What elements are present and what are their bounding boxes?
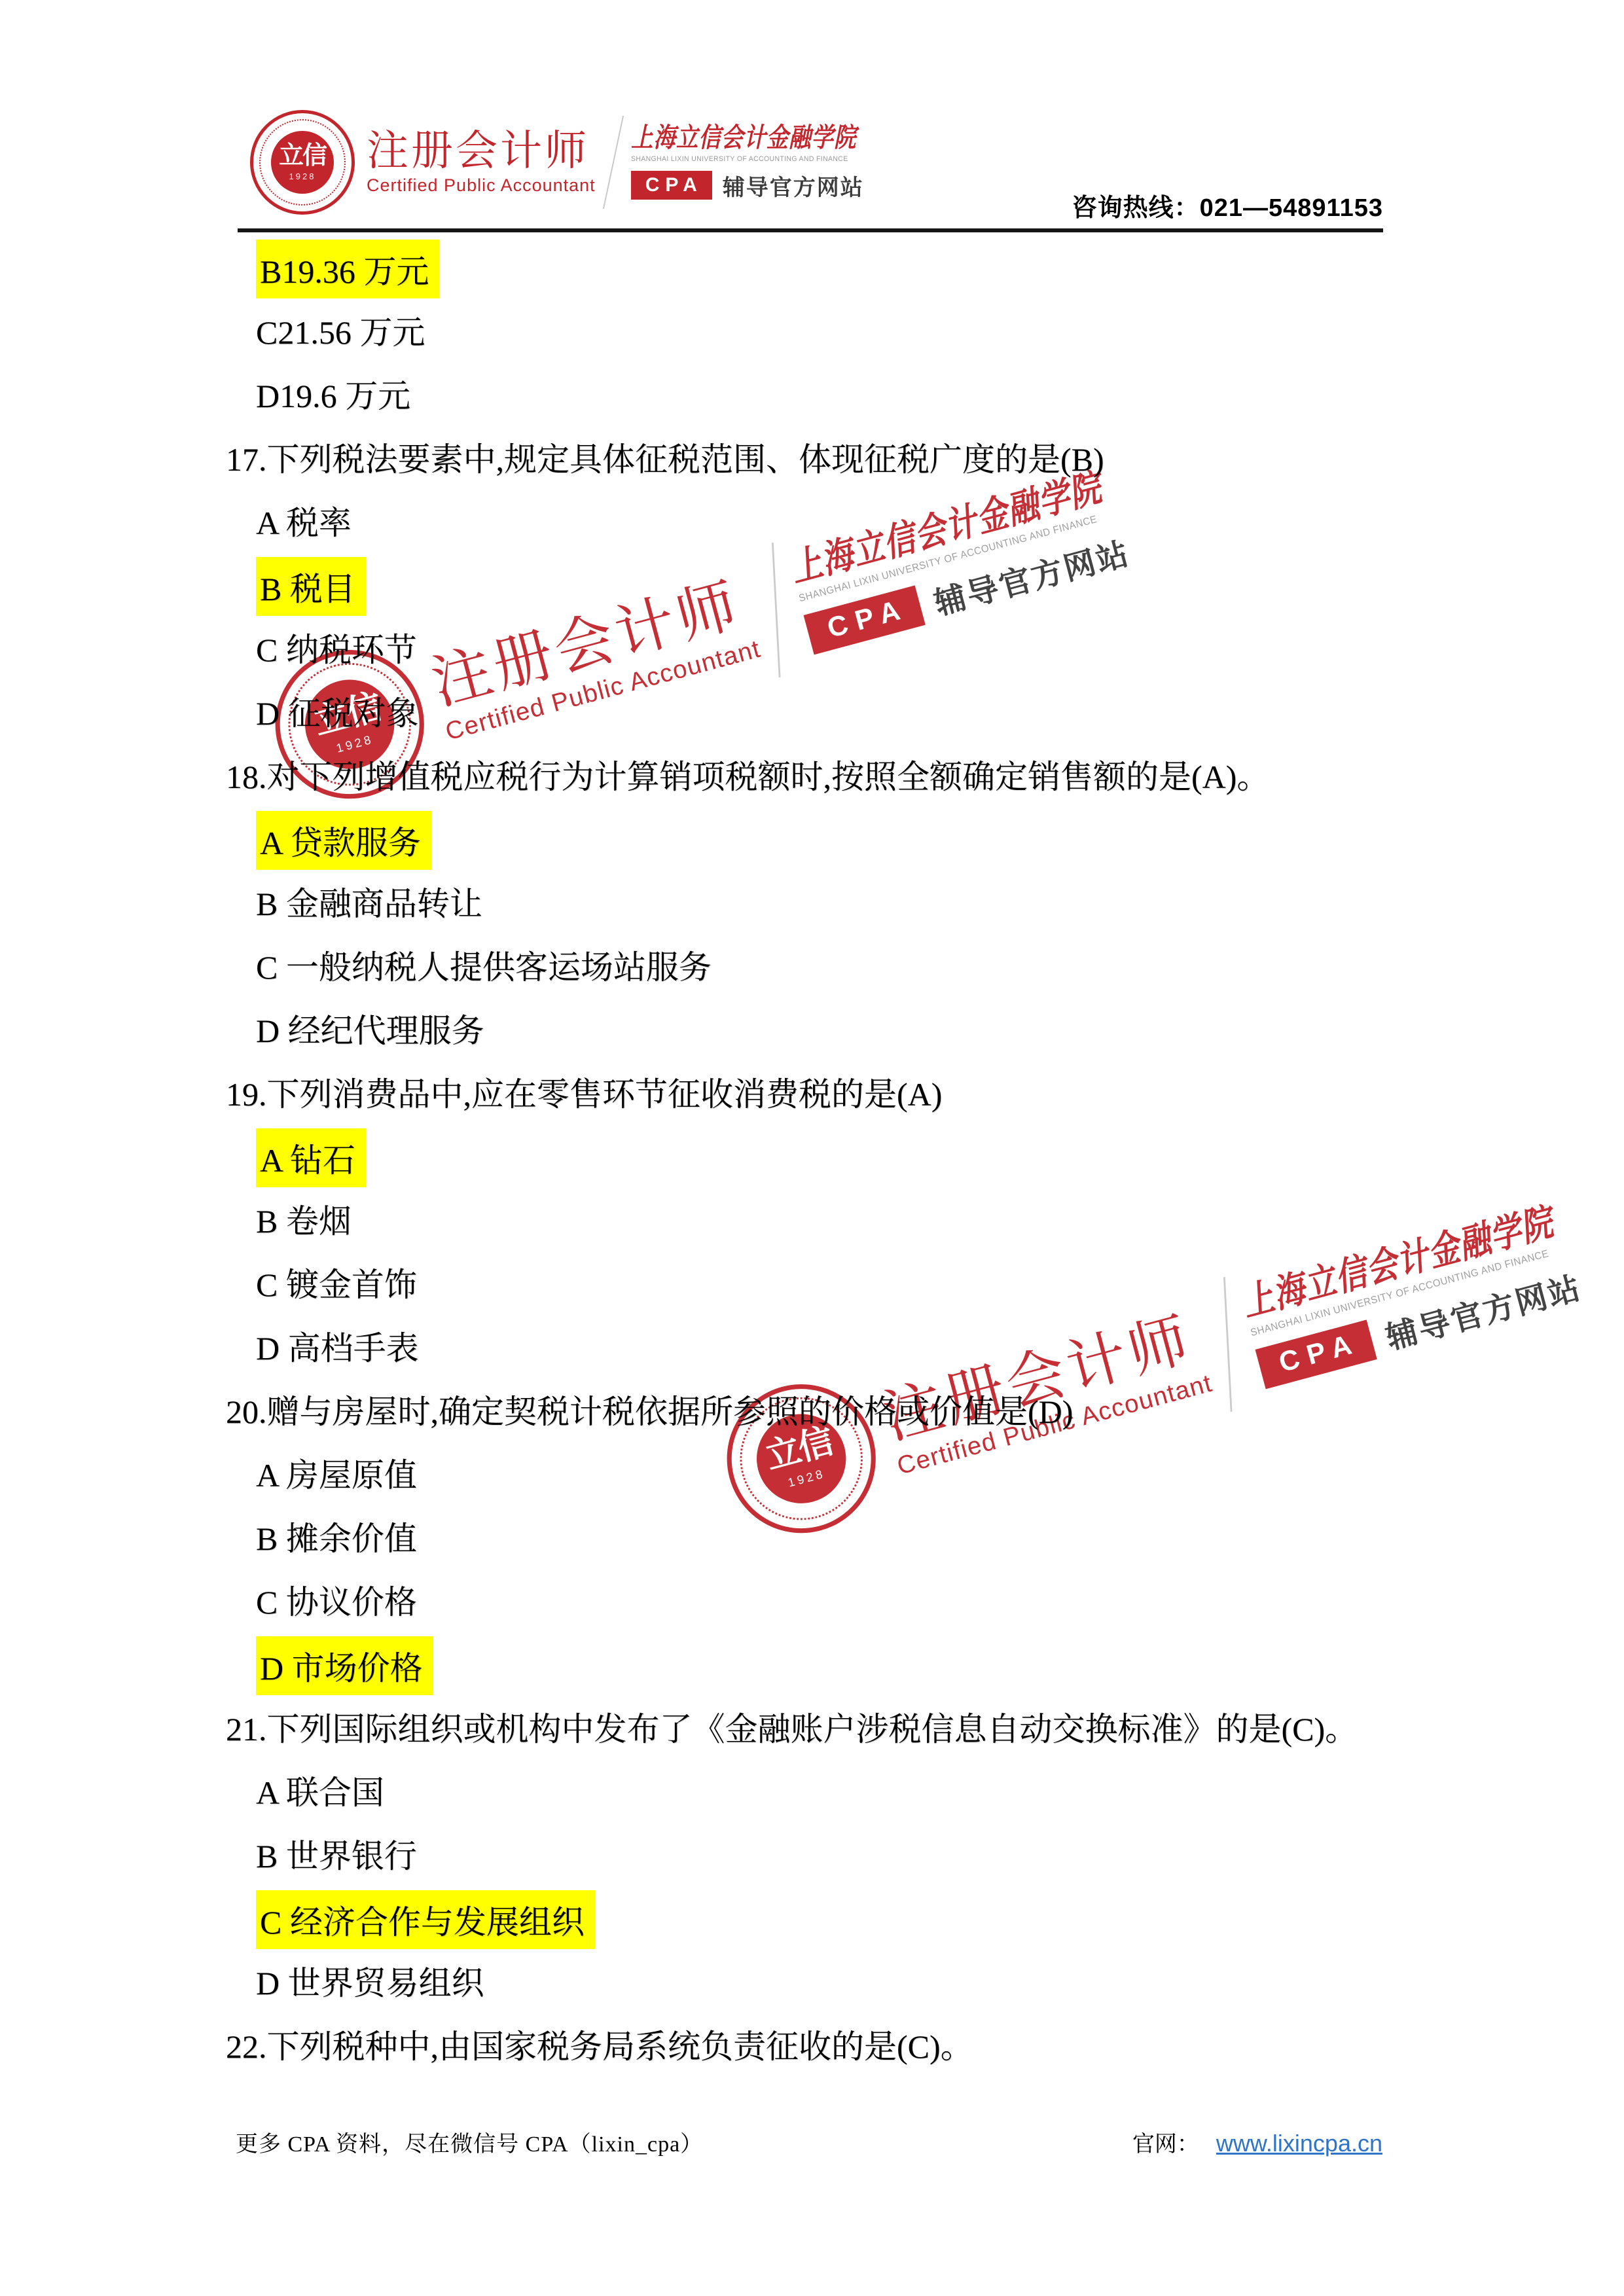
seal-inner-disc: 立信 1928 <box>271 131 334 194</box>
header-rule <box>238 228 1383 232</box>
option-line: D 市场价格 <box>226 1634 1404 1697</box>
option-line: D 高档手表 <box>226 1316 1404 1380</box>
option-line: D 征税对象 <box>226 681 1404 745</box>
question-list: B19.36 万元 C21.56 万元 D19.6 万元 17.下列税法要素中,… <box>226 237 1404 2078</box>
footer-site-label: 官网： <box>1132 2126 1199 2158</box>
lixin-seal-icon: 立信 1928 <box>250 110 355 215</box>
option-line: B 卷烟 <box>226 1189 1404 1253</box>
option-line: C21.56 万元 <box>226 300 1404 364</box>
document-page: 立信 1928 注册会计师 Certified Public Accountan… <box>0 0 1624 2296</box>
question-line: 19.下列消费品中,应在零售环节征收消费税的是(A) <box>226 1062 1404 1126</box>
question-line: 18.对下列增值税应税行为计算销项税额时,按照全额确定销售额的是(A)。 <box>226 745 1404 808</box>
footer-note: 更多 CPA 资料，尽在微信号 CPA（lixin_cpa） <box>236 2126 703 2158</box>
footer-site-link[interactable]: www.lixincpa.cn <box>1216 2130 1382 2157</box>
option-line: B 金融商品转让 <box>226 872 1404 935</box>
site-label: 辅导官方网站 <box>1380 1262 1585 1358</box>
brand-badge-row: CPA 辅导官方网站 <box>631 170 864 202</box>
hotline: 咨询热线：021—54891153 <box>1072 187 1383 223</box>
brand-right: 上海立信会计金融学院 SHANGHAI LIXIN UNIVERSITY OF … <box>631 123 906 201</box>
option-line: A 税率 <box>226 491 1404 554</box>
option-line: A 联合国 <box>226 1761 1404 1824</box>
option-line: A 房屋原值 <box>226 1443 1404 1507</box>
option-line: C 经济合作与发展组织 <box>226 1888 1404 1951</box>
brand-divider <box>603 116 624 209</box>
option-line: B 世界银行 <box>226 1824 1404 1888</box>
site-label: 辅导官方网站 <box>723 170 864 202</box>
option-line: C 一般纳税人提供客运场站服务 <box>226 935 1404 999</box>
option-line: C 镀金首饰 <box>226 1253 1404 1316</box>
university-name: 上海立信会计金融学院 <box>631 123 856 152</box>
option-line: C 协议价格 <box>226 1570 1404 1634</box>
option-line: B19.36 万元 <box>226 237 1404 300</box>
brand-subtitle: Certified Public Accountant <box>367 175 596 196</box>
brand-main: 注册会计师 Certified Public Accountant <box>367 129 596 196</box>
option-line: D 经纪代理服务 <box>226 999 1404 1062</box>
question-line: 20.赠与房屋时,确定契税计税依据所参照的价格或价值是(D) <box>226 1380 1404 1443</box>
option-line: A 钻石 <box>226 1126 1404 1189</box>
university-name-en: SHANGHAI LIXIN UNIVERSITY OF ACCOUNTING … <box>631 155 848 163</box>
cpa-badge: CPA <box>631 171 712 200</box>
option-line: A 贷款服务 <box>226 808 1404 872</box>
question-line: 21.下列国际组织或机构中发布了《金融账户涉税信息自动交换标准》的是(C)。 <box>226 1697 1404 1761</box>
question-line: 17.下列税法要素中,规定具体征税范围、体现征税广度的是(B) <box>226 427 1404 491</box>
option-line: C 纳税环节 <box>226 618 1404 681</box>
option-line: D19.6 万元 <box>226 364 1404 427</box>
header-brand-lockup: 立信 1928 注册会计师 Certified Public Accountan… <box>250 110 906 215</box>
option-line: B 摊余价值 <box>226 1507 1404 1570</box>
option-line: D 世界贸易组织 <box>226 1951 1404 2015</box>
seal-year: 1928 <box>289 171 316 181</box>
option-line: B 税目 <box>226 554 1404 618</box>
seal-glyph: 立信 <box>279 143 326 168</box>
question-line: 22.下列税种中,由国家税务局系统负责征收的是(C)。 <box>226 2015 1404 2078</box>
footer-site: 官网： www.lixincpa.cn <box>1132 2126 1382 2158</box>
brand-title: 注册会计师 <box>367 129 596 173</box>
